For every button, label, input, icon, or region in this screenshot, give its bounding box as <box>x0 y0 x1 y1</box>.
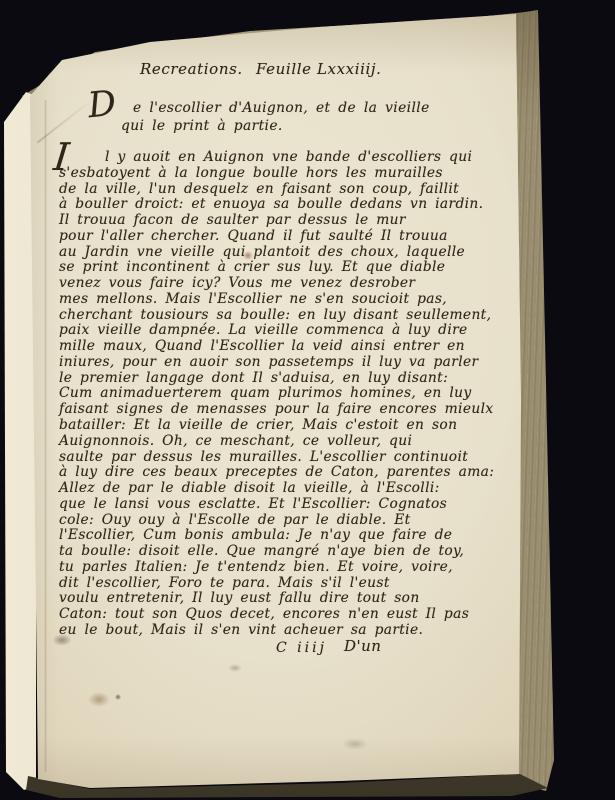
folio-number: Feuille Lxxxiiij. <box>256 60 382 78</box>
body-line: paix vieille dampnée. La vieille commenc… <box>59 323 489 339</box>
body-line: de la ville, l'un desquelz en faisant so… <box>59 182 489 198</box>
body-line: se print incontinent à crier sus luy. Et… <box>59 260 489 276</box>
body-line: Allez de par le diable disoit la vieille… <box>59 481 489 497</box>
body-line: eu le bout, Mais il s'en vint acheuer sa… <box>59 623 489 639</box>
body-text: l y auoit en Auignon vne bande d'escolli… <box>59 150 489 639</box>
body-line: saulte par dessus les murailles. L'escol… <box>59 450 489 466</box>
body-line: mes mellons. Mais l'Escollier ne s'en so… <box>59 292 489 308</box>
body-line: à bouller droict: et enuoya sa boulle de… <box>59 197 489 213</box>
body-line: le premier langage dont Il s'aduisa, en … <box>59 371 489 387</box>
page-crease-vertical <box>44 100 47 772</box>
body-line: cole: Ouy ouy à l'Escolle de par le diab… <box>59 513 489 529</box>
body-line: tu parles Italien: Je t'entendz bien. Et… <box>59 560 489 576</box>
body-line: mille maux, Quand l'Escollier la veid ai… <box>59 339 489 355</box>
catchword: D'un <box>344 637 381 655</box>
body-line: cherchant tousiours sa boulle: en luy di… <box>59 308 489 324</box>
chapter-title-line-1: e l'escollier d'Auignon, et de la vieill… <box>133 100 430 116</box>
body-line: s'esbatoyent à la longue boulle hors les… <box>59 166 489 182</box>
chapter-title-initial: D <box>87 89 118 122</box>
body-line: Caton: tout son Quos decet, encores n'en… <box>59 607 489 623</box>
body-line: Cum animaduerterem quam plurimos homines… <box>59 386 489 402</box>
body-line: que le lansi vous esclatte. Et l'Escolli… <box>59 497 489 513</box>
body-line: batailler: Et la vieille de crier, Mais … <box>59 418 489 434</box>
body-line: Auignonnois. Oh, ce meschant, ce volleur… <box>59 434 489 450</box>
body-line: Il trouua facon de saulter par dessus le… <box>59 213 489 229</box>
stain <box>342 738 368 750</box>
body-line: l'Escollier, Cum bonis ambula: Je n'ay q… <box>59 528 489 544</box>
stain <box>228 664 242 672</box>
body-line: ta boulle: disoit elle. Que mangré n'aye… <box>59 544 489 560</box>
body-line: pour l'aller chercher. Quand il fut saul… <box>59 229 489 245</box>
body-line: dit l'escollier, Foro te para. Mais s'il… <box>59 576 489 592</box>
running-title: Recreations. <box>140 60 243 78</box>
body-line: iniures, pour en auoir son passetemps il… <box>59 355 489 371</box>
body-line: l y auoit en Auignon vne bande d'escolli… <box>59 150 489 166</box>
photo-background: { "photo": { "background_color": "#0b0a1… <box>0 0 615 800</box>
body-line: voulu entretenir, Il luy eust fallu dire… <box>59 591 489 607</box>
body-line: venez vous faire icy? Vous me venez desr… <box>59 276 489 292</box>
chapter-title-line-2: qui le print à partie. <box>121 118 283 134</box>
body-line: à luy dire ces beaux preceptes de Caton,… <box>59 465 489 481</box>
body-line: au Jardin vne vieille qui plantoit des c… <box>59 245 489 261</box>
stain <box>115 694 121 700</box>
stain <box>88 692 110 707</box>
body-line: faisant signes de menasses pour la faire… <box>59 402 489 418</box>
signature-mark: C iiij <box>276 640 327 656</box>
